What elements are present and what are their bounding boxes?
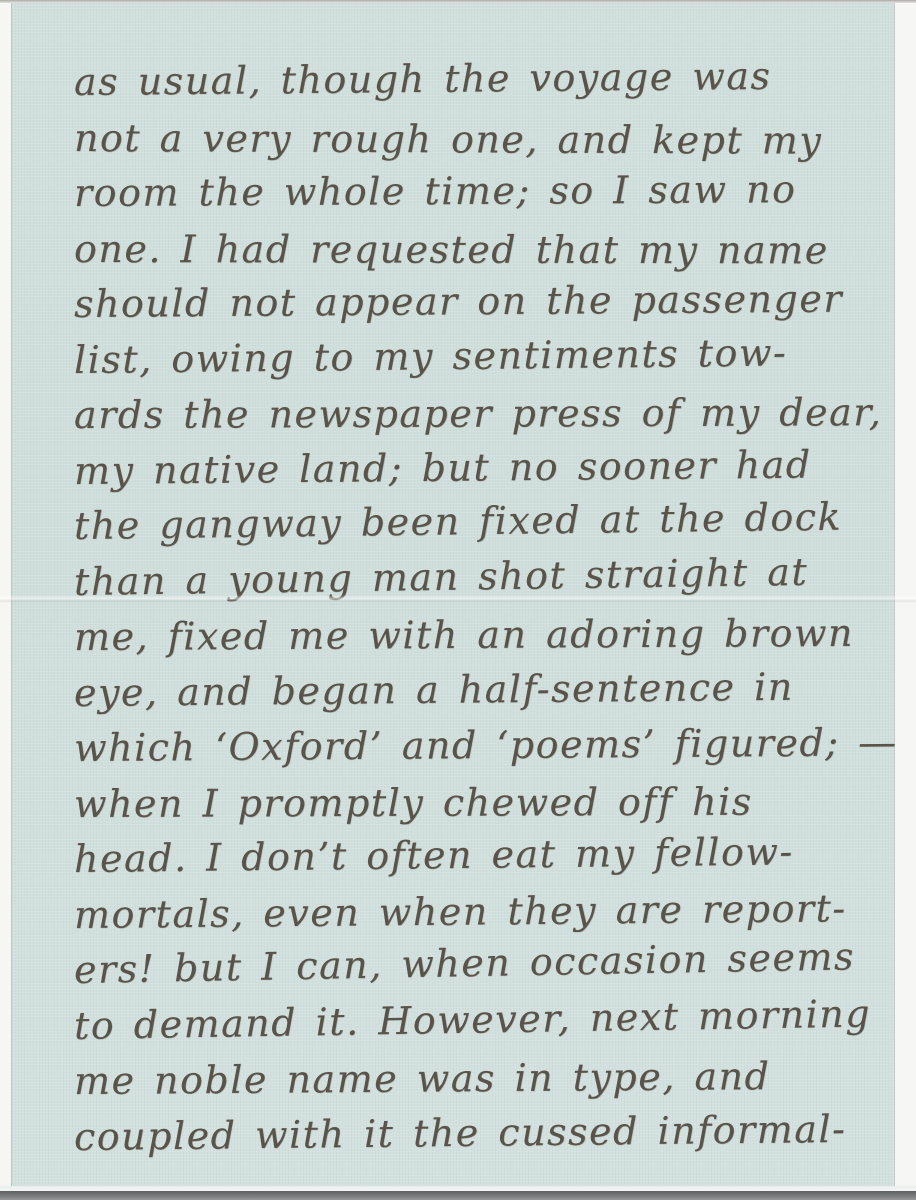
- scan-background: as usual, though the voyage was not a ve…: [0, 0, 916, 1200]
- handwritten-line: ards the newspaper press of my dear,: [74, 385, 886, 443]
- handwritten-line: coupled with it the cussed informal-: [74, 1101, 887, 1165]
- handwritten-line: not a very rough one, and kept my: [74, 111, 886, 169]
- handwritten-line: should not appear on the passenger: [74, 271, 886, 332]
- letter-page: as usual, though the voyage was not a ve…: [12, 3, 894, 1188]
- handwritten-line: when I promptly chewed off his: [74, 774, 886, 832]
- page-bottom-edge: [0, 1191, 916, 1200]
- scan-top-edge: [0, 0, 916, 3]
- handwritten-line: list, owing to my sentiments tow-: [74, 324, 887, 388]
- handwritten-line: than a young man shot straight at: [74, 543, 887, 610]
- handwritten-line: eye, and began a half-sentence in: [74, 658, 886, 721]
- handwritten-line: which ‘Oxford’ and ‘poems’ figured; —: [74, 715, 886, 776]
- handwritten-line: one. I had requested that my name: [74, 222, 886, 279]
- handwriting-block: as usual, though the voyage was not a ve…: [74, 55, 886, 1165]
- handwritten-line: room the whole time; so I saw no: [74, 162, 886, 222]
- handwritten-line: as usual, though the voyage was: [74, 48, 886, 111]
- handwritten-line: me noble name was in type, and: [74, 1048, 886, 1109]
- handwritten-line: me, fixed me with an adoring brown: [74, 606, 886, 666]
- handwritten-line: head. I don’t often eat my fellow-: [74, 823, 887, 887]
